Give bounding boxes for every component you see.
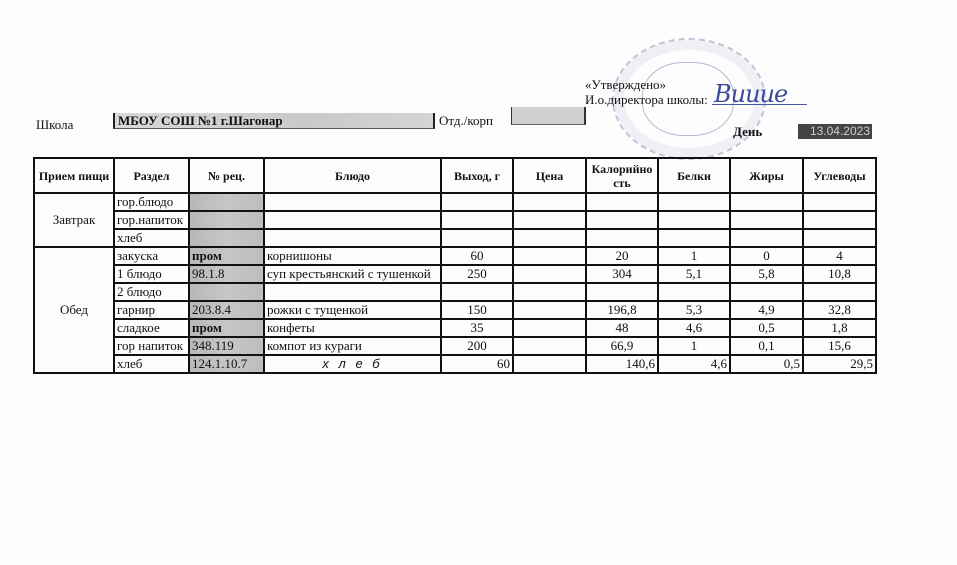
section-cell: хлеб	[114, 229, 189, 247]
protein-cell	[658, 193, 730, 211]
fat-cell	[730, 229, 803, 247]
carbs-cell: 4	[803, 247, 876, 265]
school-field: МБОУ СОШ №1 г.Шагонар	[113, 113, 435, 129]
fat-cell	[730, 193, 803, 211]
fat-cell: 0	[730, 247, 803, 265]
day-label: День	[733, 124, 762, 140]
protein-cell: 5,1	[658, 265, 730, 283]
price-cell	[513, 319, 586, 337]
yield-cell: 150	[441, 301, 513, 319]
recipe-cell: 124.1.10.7	[189, 355, 264, 373]
fat-cell: 0,5	[730, 319, 803, 337]
recipe-cell	[189, 229, 264, 247]
price-cell	[513, 229, 586, 247]
dish-cell: суп крестьянский с тушенкой	[264, 265, 441, 283]
recipe-cell	[189, 211, 264, 229]
carbs-cell: 10,8	[803, 265, 876, 283]
carbs-cell	[803, 283, 876, 301]
section-cell: закуска	[114, 247, 189, 265]
recipe-cell	[189, 193, 264, 211]
dish-cell	[264, 283, 441, 301]
protein-cell: 4,6	[658, 355, 730, 373]
dish-cell: корнишоны	[264, 247, 441, 265]
meal-name-cell: Завтрак	[34, 193, 114, 247]
carbs-cell	[803, 229, 876, 247]
menu-table: Прием пищи Раздел № рец. Блюдо Выход, г …	[33, 157, 877, 374]
col-header-yield: Выход, г	[441, 158, 513, 193]
fat-cell: 0,5	[730, 355, 803, 373]
price-cell	[513, 337, 586, 355]
table-header-row: Прием пищи Раздел № рец. Блюдо Выход, г …	[34, 158, 876, 193]
fat-cell: 0,1	[730, 337, 803, 355]
table-row: хлеб124.1.10.7х л е б60140,64,60,529,5	[34, 355, 876, 373]
protein-cell: 4,6	[658, 319, 730, 337]
section-cell: 2 блюдо	[114, 283, 189, 301]
table-row: гор напиток348.119компот из кураги20066,…	[34, 337, 876, 355]
dish-cell	[264, 211, 441, 229]
protein-cell: 1	[658, 247, 730, 265]
section-cell: хлеб	[114, 355, 189, 373]
calories-cell: 140,6	[586, 355, 658, 373]
protein-cell: 1	[658, 337, 730, 355]
col-header-calories: Калорийно сть	[586, 158, 658, 193]
meal-name-cell: Обед	[34, 247, 114, 373]
carbs-cell	[803, 211, 876, 229]
yield-cell: 35	[441, 319, 513, 337]
recipe-cell: пром	[189, 319, 264, 337]
dish-cell: компот из кураги	[264, 337, 441, 355]
director-label: И.о.директора школы:	[585, 92, 708, 108]
calories-cell: 48	[586, 319, 658, 337]
table-row: хлеб	[34, 229, 876, 247]
date-field: 13.04.2023	[798, 124, 872, 139]
dish-cell: рожки с тущенкой	[264, 301, 441, 319]
col-header-protein: Белки	[658, 158, 730, 193]
calories-cell	[586, 229, 658, 247]
section-cell: гор.блюдо	[114, 193, 189, 211]
calories-cell	[586, 283, 658, 301]
price-cell	[513, 193, 586, 211]
dept-label: Отд./корп	[439, 113, 493, 129]
col-header-dish: Блюдо	[264, 158, 441, 193]
recipe-cell: 98.1.8	[189, 265, 264, 283]
recipe-cell: 203.8.4	[189, 301, 264, 319]
calories-cell: 304	[586, 265, 658, 283]
school-label: Школа	[36, 117, 73, 133]
col-header-fat: Жиры	[730, 158, 803, 193]
carbs-cell: 29,5	[803, 355, 876, 373]
calories-cell: 196,8	[586, 301, 658, 319]
section-cell: сладкое	[114, 319, 189, 337]
carbs-cell: 15,6	[803, 337, 876, 355]
dish-cell: х л е б	[264, 355, 441, 373]
yield-cell	[441, 193, 513, 211]
recipe-cell: 348.119	[189, 337, 264, 355]
table-row: сладкоепромконфеты35484,60,51,8	[34, 319, 876, 337]
table-row: гарнир203.8.4рожки с тущенкой150196,85,3…	[34, 301, 876, 319]
yield-cell	[441, 283, 513, 301]
price-cell	[513, 283, 586, 301]
calories-cell	[586, 193, 658, 211]
fat-cell: 5,8	[730, 265, 803, 283]
yield-cell: 60	[441, 355, 513, 373]
table-row: 1 блюдо98.1.8суп крестьянский с тушенкой…	[34, 265, 876, 283]
protein-cell	[658, 229, 730, 247]
fat-cell	[730, 211, 803, 229]
table-row: 2 блюдо	[34, 283, 876, 301]
section-cell: гор напиток	[114, 337, 189, 355]
col-header-recipe: № рец.	[189, 158, 264, 193]
dish-cell: конфеты	[264, 319, 441, 337]
price-cell	[513, 265, 586, 283]
calories-cell	[586, 211, 658, 229]
calories-cell: 20	[586, 247, 658, 265]
carbs-cell: 32,8	[803, 301, 876, 319]
carbs-cell: 1,8	[803, 319, 876, 337]
yield-cell: 200	[441, 337, 513, 355]
recipe-cell: пром	[189, 247, 264, 265]
calories-cell: 66,9	[586, 337, 658, 355]
approved-label: «Утверждено»	[585, 77, 666, 93]
recipe-cell	[189, 283, 264, 301]
dept-field	[511, 107, 586, 125]
section-cell: гор.напиток	[114, 211, 189, 229]
table-row: Обедзакускапромкорнишоны6020104	[34, 247, 876, 265]
dish-cell	[264, 229, 441, 247]
protein-cell: 5,3	[658, 301, 730, 319]
carbs-cell	[803, 193, 876, 211]
price-cell	[513, 301, 586, 319]
protein-cell	[658, 283, 730, 301]
protein-cell	[658, 211, 730, 229]
yield-cell: 250	[441, 265, 513, 283]
yield-cell: 60	[441, 247, 513, 265]
price-cell	[513, 355, 586, 373]
table-row: гор.напиток	[34, 211, 876, 229]
fat-cell: 4,9	[730, 301, 803, 319]
yield-cell	[441, 229, 513, 247]
table-row: Завтракгор.блюдо	[34, 193, 876, 211]
section-cell: 1 блюдо	[114, 265, 189, 283]
signature-line	[712, 104, 807, 105]
col-header-section: Раздел	[114, 158, 189, 193]
yield-cell	[441, 211, 513, 229]
fat-cell	[730, 283, 803, 301]
price-cell	[513, 247, 586, 265]
dish-cell	[264, 193, 441, 211]
section-cell: гарнир	[114, 301, 189, 319]
col-header-meal: Прием пищи	[34, 158, 114, 193]
price-cell	[513, 211, 586, 229]
col-header-carbs: Углеводы	[803, 158, 876, 193]
col-header-price: Цена	[513, 158, 586, 193]
